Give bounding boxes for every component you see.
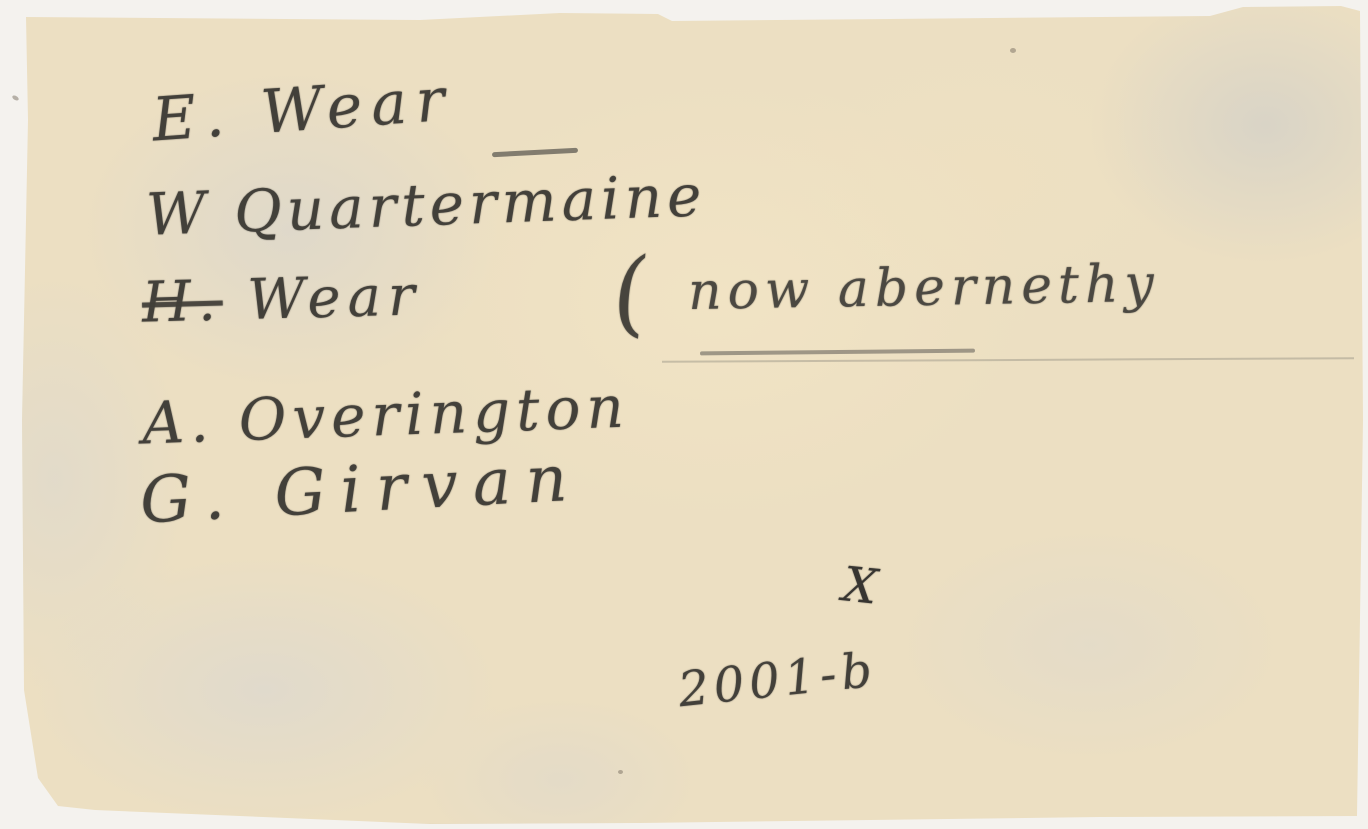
handwritten-line-5: G. Girvan bbox=[139, 446, 584, 533]
paper-speck bbox=[1010, 48, 1016, 53]
annotation-paren: ( bbox=[607, 246, 652, 341]
catalog-number: 2001-b bbox=[676, 646, 879, 715]
handwritten-line-1: E. Wear bbox=[150, 70, 455, 151]
annotation-underline bbox=[700, 349, 975, 356]
handwritten-line-4: A. Overington bbox=[141, 378, 630, 453]
line-3-name: Wear bbox=[247, 263, 423, 333]
note-card: E. Wear W Quartermaine H. Wear ( now abe… bbox=[0, 0, 1368, 829]
annotation-text: now abernethy bbox=[688, 258, 1161, 318]
line-1-trailing-dash bbox=[492, 148, 578, 157]
struck-initial: H. bbox=[141, 269, 223, 336]
handwritten-line-2: W Quartermaine bbox=[145, 166, 707, 244]
annotation-underline-extension bbox=[662, 357, 1354, 363]
scanner-background: E. Wear W Quartermaine H. Wear ( now abe… bbox=[0, 0, 1368, 829]
paper-speck bbox=[618, 770, 623, 774]
handwritten-line-3: H. Wear bbox=[141, 268, 422, 331]
scanner-debris bbox=[11, 95, 19, 102]
x-mark: X bbox=[841, 560, 880, 611]
